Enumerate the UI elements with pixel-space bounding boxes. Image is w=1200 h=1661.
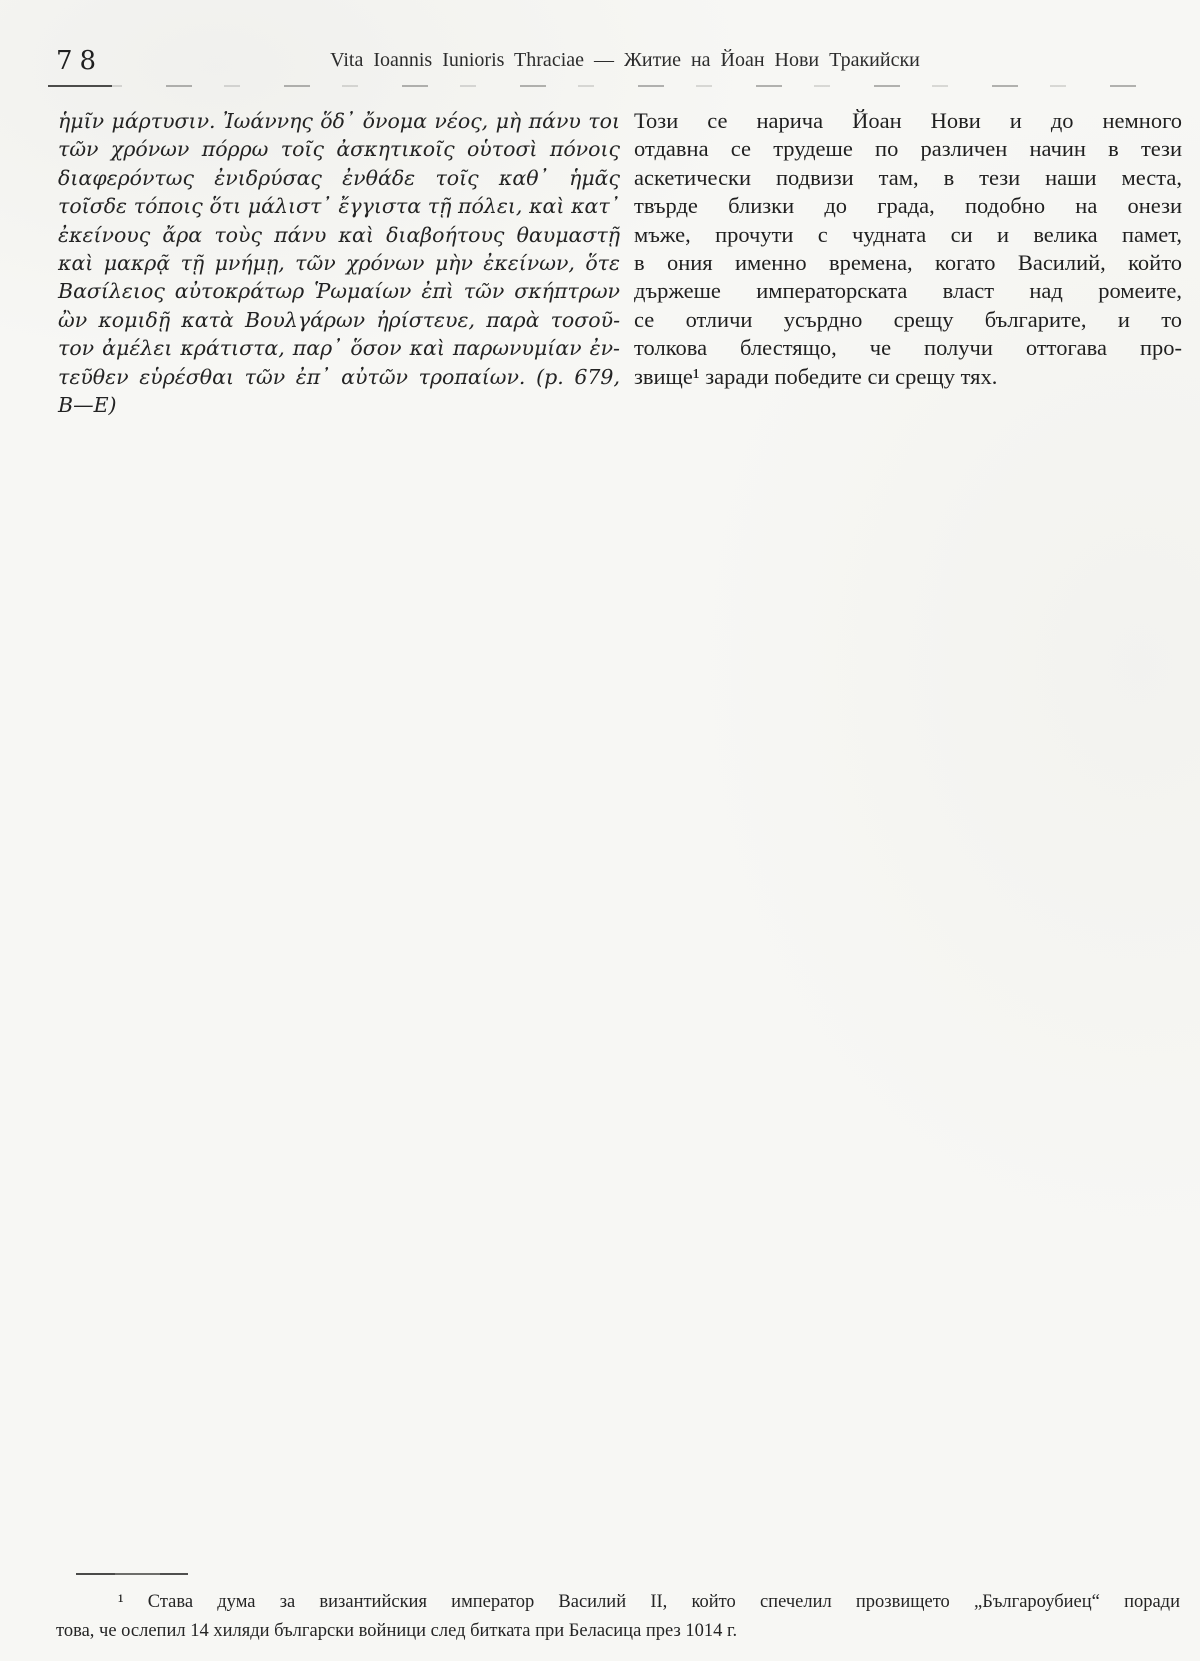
text-line: държеше императорската власт над ромеите…	[634, 277, 1182, 305]
footnote-separator	[76, 1573, 188, 1575]
text-line: τοῖσδε τόποις ὅτι μάλιστ᾽ ἔγγιστα τῇ πόλ…	[58, 192, 620, 220]
text-line: διαφερόντως ἐνιδρύσας ἐνθάδε τοῖς καθ᾽ ἡ…	[58, 164, 620, 192]
header-title: Vita Ioannis Iunioris Thraciae — Житие н…	[120, 49, 1130, 72]
text-line: мъже, прочути с чудната си и велика паме…	[634, 221, 1182, 249]
footnote: ¹ Става дума за византийския император В…	[56, 1588, 1180, 1646]
text-line: в ония именно времена, когато Василий, к…	[634, 249, 1182, 277]
greek-column: ἡμῖν μάρτυσιν. Ἰωάννης ὅδ᾽ ὄνομα νέος, μ…	[58, 107, 620, 419]
text-line: твърде близки до града, подобно на онези	[634, 192, 1182, 220]
text-line: ¹ Става дума за византийския император В…	[56, 1588, 1180, 1617]
text-line: ἐκείνους ἄρα τοὺς πάνυ καὶ διαβοήτους θα…	[58, 221, 620, 249]
text-line: Този се нарича Йоан Нови и до немного	[634, 107, 1182, 135]
text-line: толкова блестящо, че получи оттогава про…	[634, 334, 1182, 362]
text-line: отдавна се трудеше по различен начин в т…	[634, 135, 1182, 163]
text-line: ὢν κομιδῇ κατὰ Βουλγάρων ἠρίστευε, παρὰ …	[58, 306, 620, 334]
text-line: τον ἀμέλει κράτιστα, παρ᾽ ὅσον καὶ παρων…	[58, 334, 620, 362]
scanned-page: 78 Vita Ioannis Iunioris Thraciae — Жити…	[0, 0, 1200, 1661]
text-line: това, че ослепил 14 хиляди български вой…	[56, 1617, 1180, 1646]
text-line: се отличи усърдно срещу българите, и то	[634, 306, 1182, 334]
bulgarian-column: Този се нарича Йоан Нови и до немногоотд…	[634, 107, 1182, 391]
text-line: аскетически подвизи там, в тези наши мес…	[634, 164, 1182, 192]
text-line: τεῦθεν εὑρέσθαι τῶν ἐπ᾽ αὐτῶν τροπαίων. …	[58, 363, 620, 391]
page-number: 78	[56, 46, 103, 76]
text-line: ἡμῖν μάρτυσιν. Ἰωάννης ὅδ᾽ ὄνομα νέος, μ…	[58, 107, 620, 135]
text-line: звище¹ заради победите си срещу тях.	[634, 363, 1182, 391]
text-line: τῶν χρόνων πόρρω τοῖς ἀσκητικοῖς οὑτοσὶ …	[58, 135, 620, 163]
header-rule	[48, 85, 1152, 87]
text-line: B—E)	[58, 391, 620, 419]
text-line: Βασίλειος αὐτοκράτωρ Ῥωμαίων ἐπὶ τῶν σκή…	[58, 277, 620, 305]
text-line: καὶ μακρᾷ τῇ μνήμῃ, τῶν χρόνων μὴν ἐκείν…	[58, 249, 620, 277]
